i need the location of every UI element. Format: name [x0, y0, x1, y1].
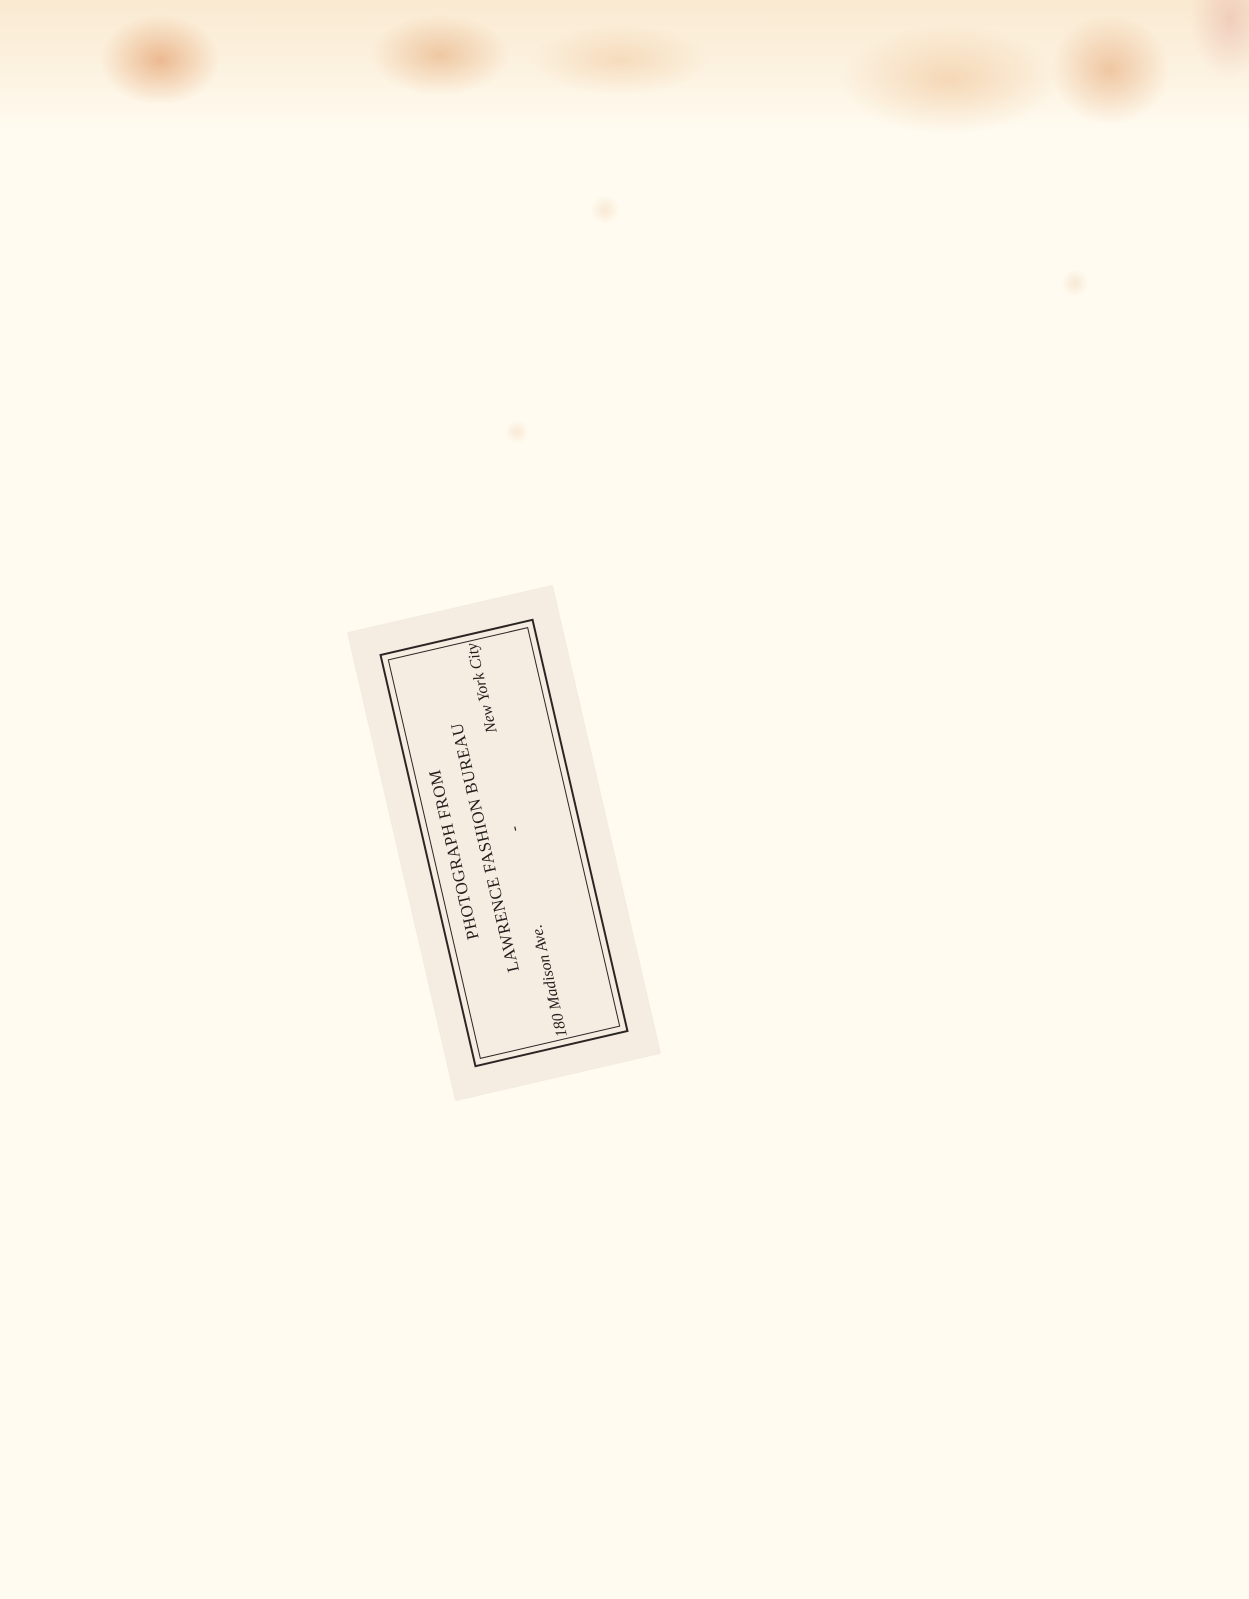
foxing-spot	[1060, 270, 1090, 296]
foxing-spot	[505, 420, 529, 444]
photo-back-paper	[0, 0, 1249, 1599]
label-separator: -	[506, 824, 525, 833]
label-city: New York City	[463, 641, 501, 735]
foxing-spot	[590, 195, 620, 225]
